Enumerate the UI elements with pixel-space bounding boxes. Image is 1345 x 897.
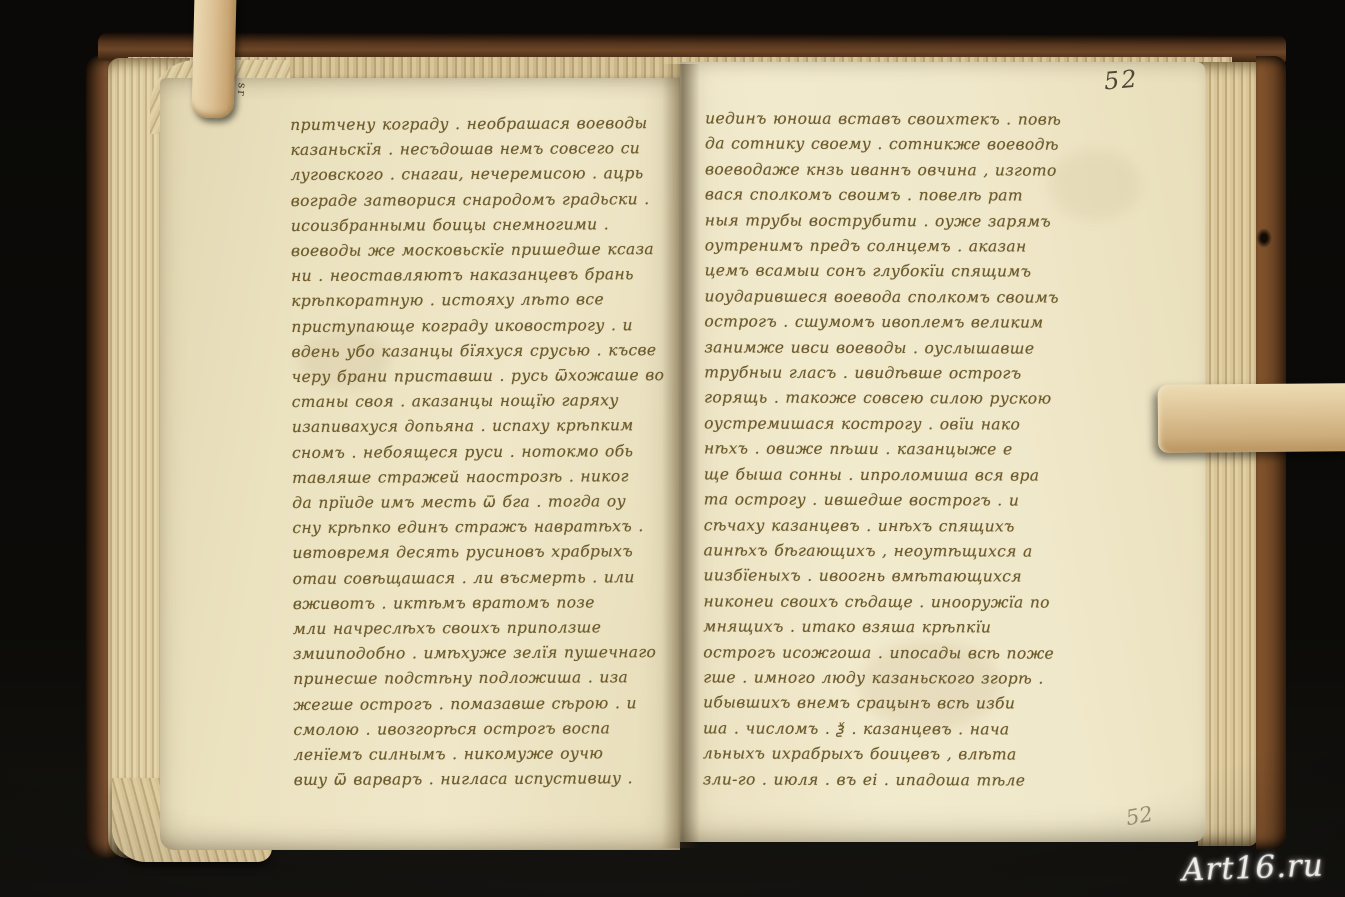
manuscript-text-line: жегше острогъ . помазавше сѣрою . и (293, 691, 666, 718)
manuscript-text-line: ленїемъ силнымъ . никомуже оучю (294, 741, 667, 768)
corner-ink-mark: ѕг (235, 82, 249, 98)
manuscript-text-line: тавляше стражей наострозѣ . никог (292, 464, 665, 491)
manuscript-text-line: вдень убо казанцы бїяхуся срусью . късве (291, 338, 664, 365)
manuscript-photo: притчену кограду . необрашася воеводыказ… (0, 0, 1345, 897)
manuscript-text-line: острогъ исожгоша . ипосады всѣ поже (703, 640, 1059, 667)
manuscript-text-line: иизбїеныхъ . ивоогнь вмѣтающихся (704, 564, 1060, 591)
manuscript-text-line: змииподобно . имѣхуже зелїя пушечнаго (293, 640, 666, 667)
manuscript-text-line: ныя трубы вострубити . оуже зарямъ (705, 208, 1061, 235)
manuscript-text-line: ни . неоставляютъ наказанцевъ брань (291, 262, 664, 289)
page-number-top: 52 (1103, 65, 1140, 96)
manuscript-text-line: притчену кограду . необрашася воеводы (290, 111, 663, 138)
right-page-text: иединъ юноша вставъ своихтекъ . повѣда с… (703, 106, 1061, 793)
manuscript-text-line: аинѣхъ бѣгающихъ , неоутѣщихся а (704, 538, 1060, 565)
manuscript-text-line: мнящихъ . итако взяша крѣпкїи (703, 615, 1059, 642)
manuscript-text-line: вася сполкомъ своимъ . повелѣ рат (705, 183, 1061, 210)
manuscript-text-line: ивтовремя десять русиновъ храбрыхъ (292, 539, 665, 566)
manuscript-text-line: принесше подстѣну подложиша . иза (293, 665, 666, 692)
manuscript-text-line: оутренимъ предъ солнцемъ . аказан (705, 233, 1061, 260)
manuscript-text-line: оустремишася кострогу . овїи нако (704, 411, 1060, 438)
manuscript-text-line: сну крѣпко единъ стражъ навратѣхъ . (292, 514, 665, 541)
right-cover-leather-edge (1256, 56, 1286, 850)
manuscript-text-line: нѣхъ . овиже пѣши . казанцыже е (704, 437, 1060, 464)
manuscript-text-line: льныхъ ихрабрыхъ боицевъ , влѣта (703, 742, 1059, 769)
manuscript-text-line: смолою . ивозгорѣся острогъ воспа (293, 716, 666, 743)
manuscript-text-line: вшу ѿ варваръ . нигласа испустившу . (294, 766, 667, 793)
manuscript-text-line: сномъ . небоящеся руси . нотокмо обь (292, 439, 665, 466)
manuscript-text-line: приступающе кограду иковострогу . и (291, 313, 664, 340)
wooden-stick-top (191, 0, 236, 118)
manuscript-text-line: острогъ . сшумомъ ивоплемъ великим (704, 310, 1060, 337)
manuscript-text-line: цемъ всамыи сонъ глубокїи спящимъ (705, 259, 1061, 286)
page-number-bottom-pencil: 52 (1124, 802, 1154, 830)
page-stain (1050, 150, 1140, 220)
manuscript-text-line: иоударившеся воевода сполкомъ своимъ (704, 284, 1060, 311)
manuscript-text-line: черу брани приставши . русь ѿхожаше во (292, 363, 665, 390)
manuscript-text-line: вограде затворися снародомъ градьски . (291, 187, 664, 214)
manuscript-text-line: да сотнику своему . сотникже воеводѣ (705, 132, 1061, 159)
wooden-stick-right (1158, 383, 1345, 453)
manuscript-text-line: горящь . такоже совсею силою рускою (704, 386, 1060, 413)
manuscript-text-line: изапивахуся допьяна . испаху крѣпким (292, 413, 665, 440)
gutter-shadow (662, 64, 700, 848)
manuscript-text-line: луговского . снагаи, нечеремисою . ацрь (290, 161, 663, 188)
manuscript-text-line: ще быша сонны . ипроломиша вся вра (704, 462, 1060, 489)
manuscript-text-line: казаньскїя . несъдошав немъ совсего си (290, 136, 663, 163)
manuscript-text-line: занимже ивси воеводы . оуслышавше (704, 335, 1060, 362)
manuscript-text-line: да прїиде имъ месть ѿ бга . тогда оу (292, 489, 665, 516)
left-page-text: притчену кограду . необрашася воеводыказ… (290, 111, 666, 793)
leather-dark-spot (1256, 228, 1272, 248)
manuscript-text-line: та острогу . ившедше вострогъ . и (704, 487, 1060, 514)
manuscript-text-line: исоизбранными боицы снемногими . (291, 212, 664, 239)
manuscript-text-line: никонеи своихъ сѣдаще . инооружїа по (703, 589, 1059, 616)
manuscript-text-line: гше . имного люду казаньского згорѣ . (703, 665, 1059, 692)
manuscript-text-line: крѣпкоратную . истояху лѣто все (291, 287, 664, 314)
manuscript-text-line: сѣчаху казанцевъ . инѣхъ спящихъ (704, 513, 1060, 540)
manuscript-text-line: воеводаже кнзь иваннъ овчина , изгото (705, 157, 1061, 184)
manuscript-text-line: вживотъ . иктѣмъ вратомъ позе (293, 590, 666, 617)
manuscript-text-line: ша . числомъ . ѯ . казанцевъ . нача (703, 716, 1059, 743)
right-fore-edge-pages (1198, 62, 1258, 846)
manuscript-text-line: отаи совѣщашася . ли въсмерть . или (293, 565, 666, 592)
manuscript-text-line: воеводы же московьскїе пришедше ксаза (291, 237, 664, 264)
manuscript-text-line: ибывшихъ внемъ срацынъ всѣ изби (703, 691, 1059, 718)
watermark: Art16.ru (1181, 848, 1324, 889)
manuscript-text-line: зли-го . июля . въ еі . ипадоша тѣле (703, 767, 1059, 794)
manuscript-text-line: станы своя . аказанцы нощїю гаряху (292, 388, 665, 415)
manuscript-text-line: иединъ юноша вставъ своихтекъ . повѣ (705, 106, 1061, 133)
manuscript-text-line: мли начреслѣхъ своихъ приползше (293, 615, 666, 642)
manuscript-text-line: трубныи гласъ . ивидѣвше острогъ (704, 360, 1060, 387)
